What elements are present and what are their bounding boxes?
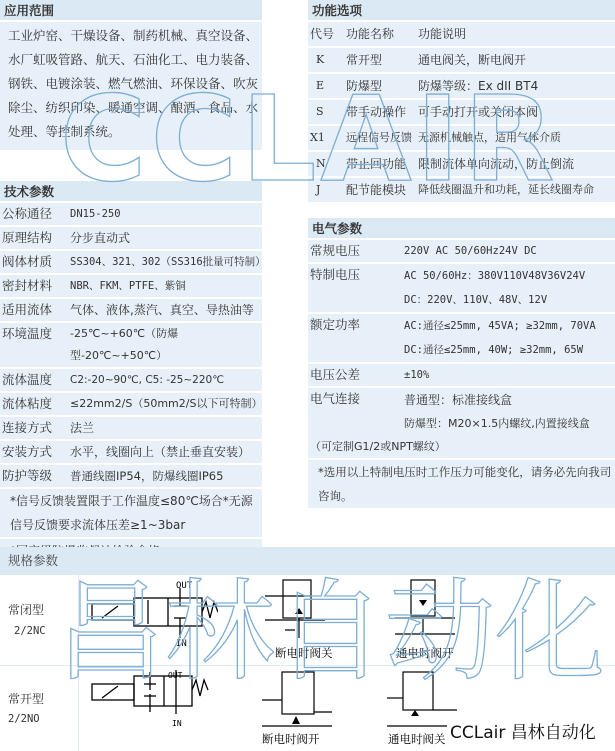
function-row-e: E防爆型防爆等级：Ex dII BT4 — [308, 74, 615, 100]
no-valve-symbol-icon: OUT IN — [88, 670, 218, 740]
tech-row: 密封材料NBR、FKM、PTFE、紫铜 — [0, 275, 262, 299]
application-header: 应用范围 — [0, 0, 262, 22]
tech-row: 流体粘度≤22mm2/S（50mm2/S以下可特制） — [0, 393, 262, 417]
function-row-k: K常开型通电阀关，断电阀开 — [308, 48, 615, 74]
tech-row: 防护等级普通线圈IP54，防爆线圈IP65 — [0, 465, 262, 489]
spec-header: 规格参数 — [0, 547, 615, 575]
nc-on-diagram-icon — [395, 578, 455, 640]
elec-row: 额定功率 AC:通径≤25mm, 45VA; ≥32mm, 70VADC:通径≤… — [308, 314, 615, 364]
elec-row: 电压公差±10% — [308, 364, 615, 388]
nc-valve-symbol-icon: OUT IN — [88, 578, 218, 658]
brand-label: CCLair 昌林自动化 — [450, 718, 596, 743]
tech-row: 原理结构分步直动式 — [0, 227, 262, 251]
tech-row: 阀体材质SS304、321、302（SS316批量可特制） — [0, 251, 262, 275]
no-code: 2/2NO — [8, 713, 40, 725]
nc-off-diagram-icon — [265, 578, 325, 640]
svg-text:OUT: OUT — [176, 581, 193, 591]
function-row-j: J配节能模块降低线圈温升和功耗，延长线圈寿命 — [308, 178, 615, 204]
tech-note: *信号反馈装置限于工作温度≤80℃场合*无源信号反馈要求流体压差≥1~3bar — [0, 489, 262, 539]
no-on-diagram-icon — [387, 670, 457, 728]
tech-row: 流体温度C2:-20~90℃, C5: -25~220℃ — [0, 369, 262, 393]
nc-code: 2/2NC — [14, 625, 46, 637]
tech-header: 技术参数 — [0, 181, 262, 203]
tech-row: 连接方式法兰 — [0, 417, 262, 441]
functions-header: 功能选项 — [308, 0, 615, 22]
divider — [78, 575, 79, 751]
elec-row: 常规电压220V AC 50/60Hz24V DC — [308, 240, 615, 264]
application-text: 工业炉窑、干燥设备、制药机械、真空设备、水厂虹吸管路、航天、石油化工、电力装备、… — [0, 22, 262, 150]
tech-table: 公称通径DN15-250 原理结构分步直动式 阀体材质SS304、321、302… — [0, 203, 262, 489]
function-row-n: N带止回功能限制流体单向流动，防止倒流 — [308, 152, 615, 178]
tech-row: 适用流体气体、液体,蒸汽、真空、导热油等 — [0, 299, 262, 323]
function-row-x1: X1远程信号反馈无源机械触点，适用气体介质 — [308, 126, 615, 152]
divider — [0, 665, 615, 666]
no-label: 常开型 — [8, 690, 44, 707]
functions-header-row: 代号 功能名称 功能说明 — [308, 22, 615, 48]
tech-row: 环境温度-25℃~+60℃（防爆型-20℃~+50℃） — [0, 323, 262, 369]
tech-row: 安装方式水平，线圈向上（禁止垂直安装） — [0, 441, 262, 465]
function-row-s: S带手动操作可手动打开或关闭本阀 — [308, 100, 615, 126]
svg-text:OUT: OUT — [168, 671, 183, 680]
nc-cap2: 通电时阀开 — [396, 645, 454, 661]
svg-text:IN: IN — [176, 639, 187, 649]
no-cap1: 断电时阀开 — [262, 731, 320, 747]
nc-cap1: 断电时阀关 — [275, 645, 333, 661]
nc-label: 常闭型 — [8, 601, 44, 618]
electrical-header: 电气参数 — [308, 218, 615, 240]
right-column: 功能选项 代号 功能名称 功能说明 K常开型通电阀关，断电阀开 E防爆型防爆等级… — [308, 0, 615, 510]
svg-text:IN: IN — [172, 719, 182, 728]
no-cap2: 通电时阀关 — [388, 731, 446, 747]
tech-row: 公称通径DN15-250 — [0, 203, 262, 227]
electrical-note: *选用以上特制电压时工作压力可能变化，请务必先向我司咨询。 — [308, 460, 615, 510]
elec-row: 特制电压 AC 50/60Hz：380V110V48V36V24VDC：220V… — [308, 264, 615, 314]
elec-row: 电气连接 普通型：标准接线盒防爆型：M20×1.5内螺纹,内置接线盒 （可定制G… — [308, 388, 615, 460]
no-off-diagram-icon — [262, 670, 332, 728]
